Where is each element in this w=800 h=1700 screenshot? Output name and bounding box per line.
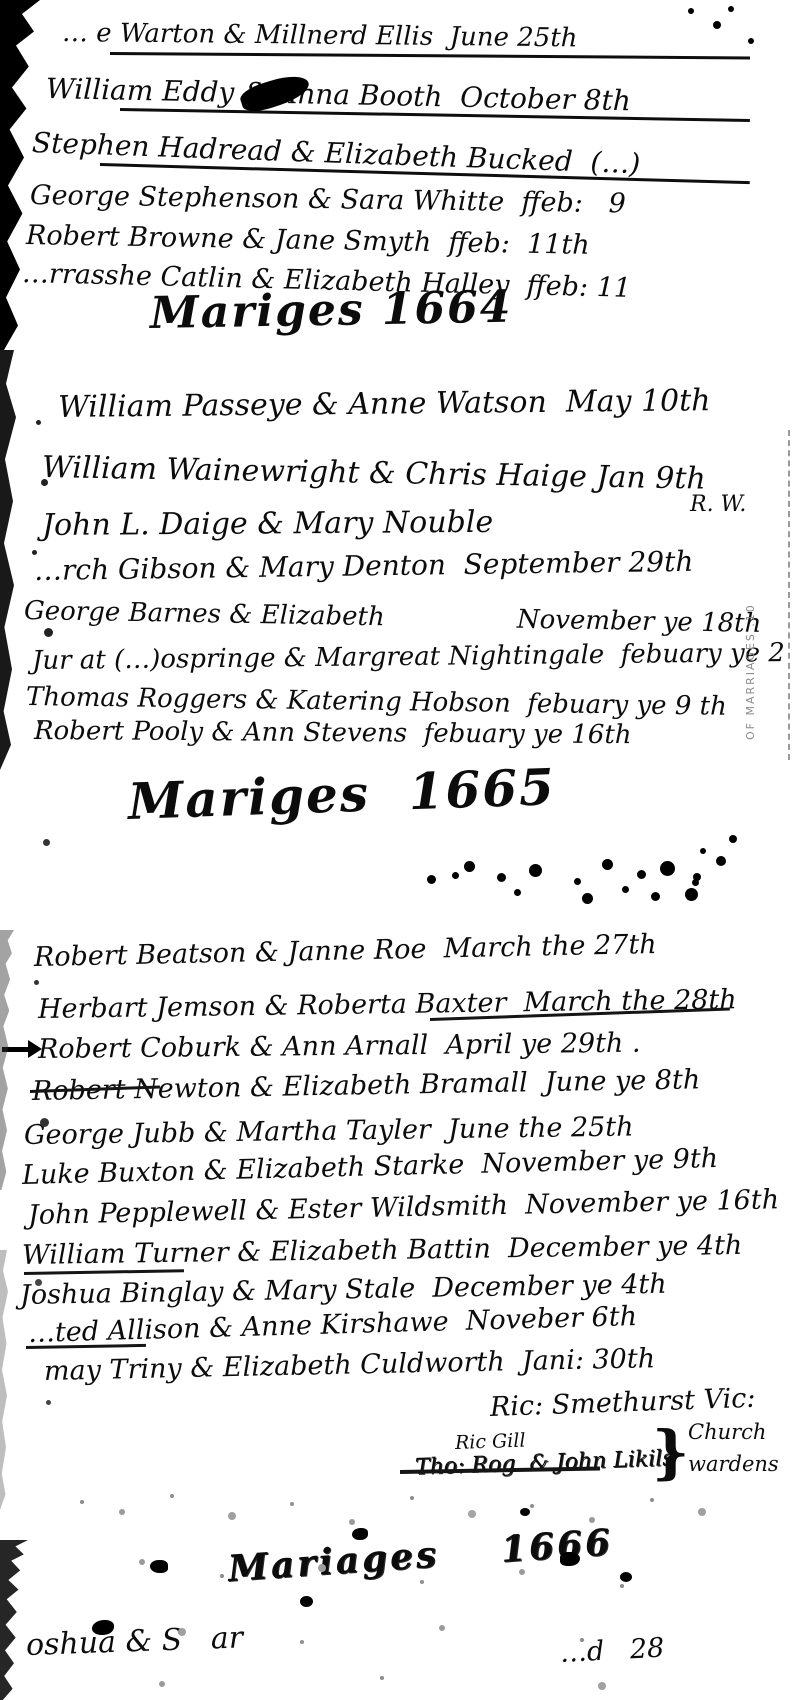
- register-entry: Robert Browne & Jane Smyth ffeb: 11th: [26, 222, 590, 260]
- ink-blot: [352, 1528, 368, 1540]
- ink-blot: [520, 1508, 530, 1516]
- microfilm-side-caption: OF MARRIAGES .10: [744, 480, 757, 740]
- page-edge-damage: [0, 1250, 10, 1510]
- register-entry: William Passeye & Anne Watson May 10th: [58, 385, 711, 423]
- register-entry: …rch Gibson & Mary Denton September 29th: [34, 547, 694, 586]
- register-entry: John Pepplewell & Ester Wildsmith Novemb…: [28, 1186, 780, 1230]
- section-heading-1665: Mariges 1665: [127, 757, 557, 831]
- page-edge-damage: [0, 350, 20, 770]
- warden-signature: Ric Gill: [455, 1430, 526, 1454]
- register-page-scan: … e Warton & Millnerd Ellis June 25th Wi…: [0, 0, 800, 1700]
- register-entry: George Barnes & Elizabeth November ye 18…: [24, 598, 762, 638]
- register-entry: … e Warton & Millnerd Ellis June 25th: [62, 20, 578, 53]
- arrow-head: [28, 1040, 42, 1058]
- register-entry: Jur at (…)ospringe & Margreat Nightingal…: [32, 640, 785, 675]
- ink-blot: [620, 1572, 632, 1582]
- register-entry: …ted Allison & Anne Kirshawe Noveber 6th: [28, 1303, 638, 1348]
- ink-spatter: [452, 872, 459, 879]
- margin-arrow-icon: [2, 1040, 42, 1058]
- ink-blot: [300, 1596, 313, 1607]
- register-entry: William Turner & Elizabeth Battin Decemb…: [22, 1232, 743, 1270]
- page-edge-damage: [0, 930, 14, 1190]
- margin-initials: R. W.: [690, 492, 746, 517]
- register-entry: George Stephenson & Sara Whitte ffeb: 9: [30, 182, 626, 219]
- warden-label: wardens: [688, 1452, 779, 1476]
- register-entry: Robert Beatson & Janne Roe March the 27t…: [34, 931, 657, 972]
- register-entry: Luke Buxton & Elizabeth Starke November …: [22, 1145, 719, 1190]
- section-heading-1666: Mariages 1666: [227, 1521, 615, 1590]
- warden-brace: }: [652, 1418, 689, 1486]
- register-entry: Thomas Roggers & Katering Hobson febuary…: [26, 684, 727, 721]
- register-entry: William Wainewright & Chris Haige Jan 9t…: [42, 452, 706, 495]
- register-entry: Herbart Jemson & Roberta Baxter March th…: [38, 986, 737, 1024]
- vicar-signature: Ric: Smethurst Vic:: [489, 1383, 755, 1423]
- ink-spatter: [700, 848, 706, 854]
- film-edge-line: [788, 430, 790, 760]
- register-entry: may Triny & Elizabeth Culdworth Jani: 30…: [44, 1345, 656, 1386]
- film-noise: [80, 1500, 84, 1504]
- section-heading-1664: Mariges 1664: [150, 282, 513, 339]
- ink-spatter: [36, 420, 41, 425]
- ink-rule: [110, 52, 750, 59]
- register-entry: George Jubb & Martha Tayler June the 25t…: [24, 1113, 634, 1150]
- warden-label: Church: [688, 1420, 766, 1444]
- register-entry-fragment: oshua & S ar: [25, 1622, 243, 1661]
- page-edge-damage: [0, 0, 40, 350]
- page-edge-damage: [0, 1540, 28, 1700]
- register-entry: Robert Coburk & Ann Arnall April ye 29th…: [38, 1030, 641, 1065]
- ink-blot: [150, 1560, 168, 1573]
- register-entry: John L. Daige & Mary Nouble: [42, 507, 493, 542]
- register-entry-fragment: …d 28: [559, 1635, 665, 1669]
- ink-spatter: [688, 8, 694, 14]
- register-entry: Robert Pooly & Ann Stevens febuary ye 16…: [34, 718, 632, 749]
- warden-signature: Tho: Rog & John Likils: [415, 1446, 674, 1480]
